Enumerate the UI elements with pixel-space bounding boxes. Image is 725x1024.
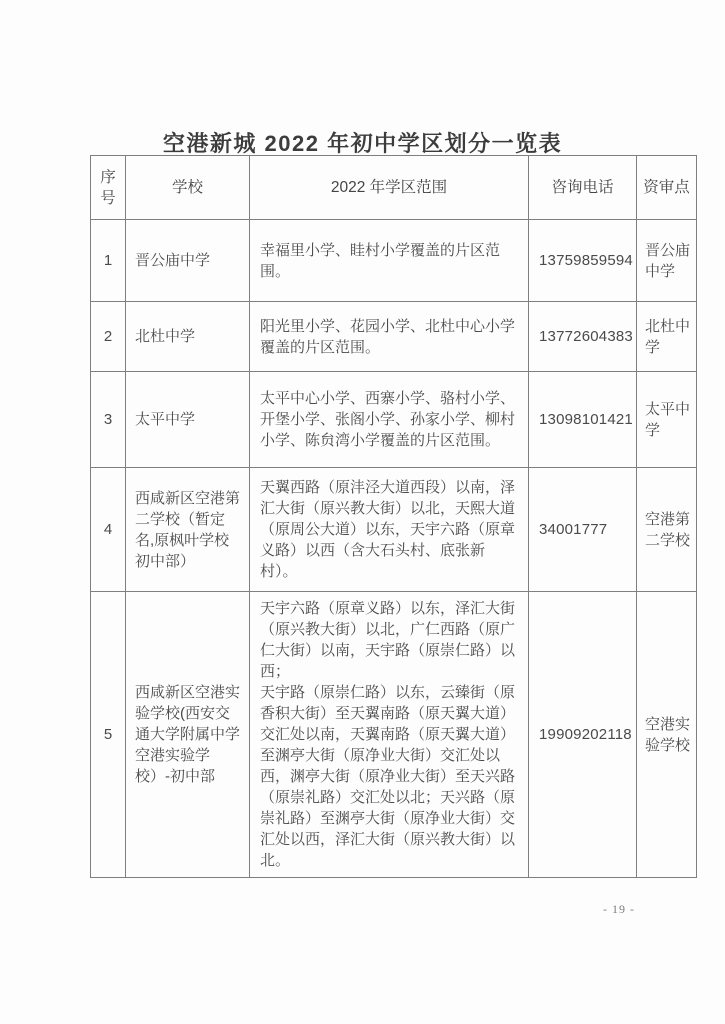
page-title: 空港新城 2022 年初中学区划分一览表 — [0, 127, 725, 158]
district-range: 幸福里小学、眭村小学覆盖的片区范围。 — [250, 220, 529, 302]
table-row: 5 西咸新区空港实验学校(西安交通大学附属中学空港实验学校）-初中部 天宇六路（… — [91, 592, 697, 878]
col-header-no: 序号 — [91, 156, 126, 220]
district-range-text: 幸福里小学、眭村小学覆盖的片区范围。 — [260, 240, 520, 282]
school-name: 西咸新区空港第二学校（暂定名,原枫叶学校初中部） — [126, 468, 250, 592]
document-page: 空港新城 2022 年初中学区划分一览表 序号 学校 2022 年学区范围 咨询… — [0, 0, 725, 1024]
phone-number: 13759859594 — [529, 220, 637, 302]
district-range-text: 阳光里小学、花园小学、北杜中心小学覆盖的片区范围。 — [260, 316, 520, 358]
school-name: 太平中学 — [126, 372, 250, 468]
table-row: 2 北杜中学 阳光里小学、花园小学、北杜中心小学覆盖的片区范围。 1377260… — [91, 302, 697, 372]
col-header-review: 资审点 — [637, 156, 697, 220]
phone-number: 13098101421 — [529, 372, 637, 468]
school-name: 北杜中学 — [126, 302, 250, 372]
page-number: - 19 - — [603, 902, 635, 917]
table-row: 1 晋公庙中学 幸福里小学、眭村小学覆盖的片区范围。 13759859594 晋… — [91, 220, 697, 302]
row-number: 3 — [91, 372, 126, 468]
row-number: 2 — [91, 302, 126, 372]
col-header-range: 2022 年学区范围 — [250, 156, 529, 220]
review-point: 空港实验学校 — [637, 592, 697, 878]
district-range: 阳光里小学、花园小学、北杜中心小学覆盖的片区范围。 — [250, 302, 529, 372]
phone-number: 13772604383 — [529, 302, 637, 372]
district-range: 天宇六路（原章义路）以东，泽汇大街（原兴教大街）以北，广仁西路（原广仁大街）以南… — [250, 592, 529, 878]
row-number: 1 — [91, 220, 126, 302]
table-header-row: 序号 学校 2022 年学区范围 咨询电话 资审点 — [91, 156, 697, 220]
phone-number: 34001777 — [529, 468, 637, 592]
review-point: 北杜中学 — [637, 302, 697, 372]
review-point: 晋公庙中学 — [637, 220, 697, 302]
review-point: 空港第二学校 — [637, 468, 697, 592]
col-header-phone: 咨询电话 — [529, 156, 637, 220]
col-header-school: 学校 — [126, 156, 250, 220]
district-range-text: 天宇六路（原章义路）以东，泽汇大街（原兴教大街）以北，广仁西路（原广仁大街）以南… — [260, 598, 520, 682]
school-district-table: 序号 学校 2022 年学区范围 咨询电话 资审点 1 晋公庙中学 幸福里小学、… — [90, 155, 697, 878]
district-range-text: 天翼西路（原沣泾大道西段）以南，泽汇大街（原兴教大街）以北，天熙大道（原周公大道… — [260, 477, 520, 582]
district-range: 太平中心小学、西寨小学、骆村小学、开堡小学、张阁小学、孙家小学、柳村小学、陈贠湾… — [250, 372, 529, 468]
school-name: 西咸新区空港实验学校(西安交通大学附属中学空港实验学校）-初中部 — [126, 592, 250, 878]
district-range: 天翼西路（原沣泾大道西段）以南，泽汇大街（原兴教大街）以北，天熙大道（原周公大道… — [250, 468, 529, 592]
table-row: 4 西咸新区空港第二学校（暂定名,原枫叶学校初中部） 天翼西路（原沣泾大道西段）… — [91, 468, 697, 592]
school-name: 晋公庙中学 — [126, 220, 250, 302]
row-number: 4 — [91, 468, 126, 592]
phone-number: 19909202118 — [529, 592, 637, 878]
district-range-text: 太平中心小学、西寨小学、骆村小学、开堡小学、张阁小学、孙家小学、柳村小学、陈贠湾… — [260, 388, 520, 451]
review-point: 太平中学 — [637, 372, 697, 468]
table-row: 3 太平中学 太平中心小学、西寨小学、骆村小学、开堡小学、张阁小学、孙家小学、柳… — [91, 372, 697, 468]
district-range-text: 天宇路（原崇仁路）以东，云臻街（原香积大街）至天翼南路（原天翼大道）交汇处以南，… — [260, 682, 520, 871]
row-number: 5 — [91, 592, 126, 878]
